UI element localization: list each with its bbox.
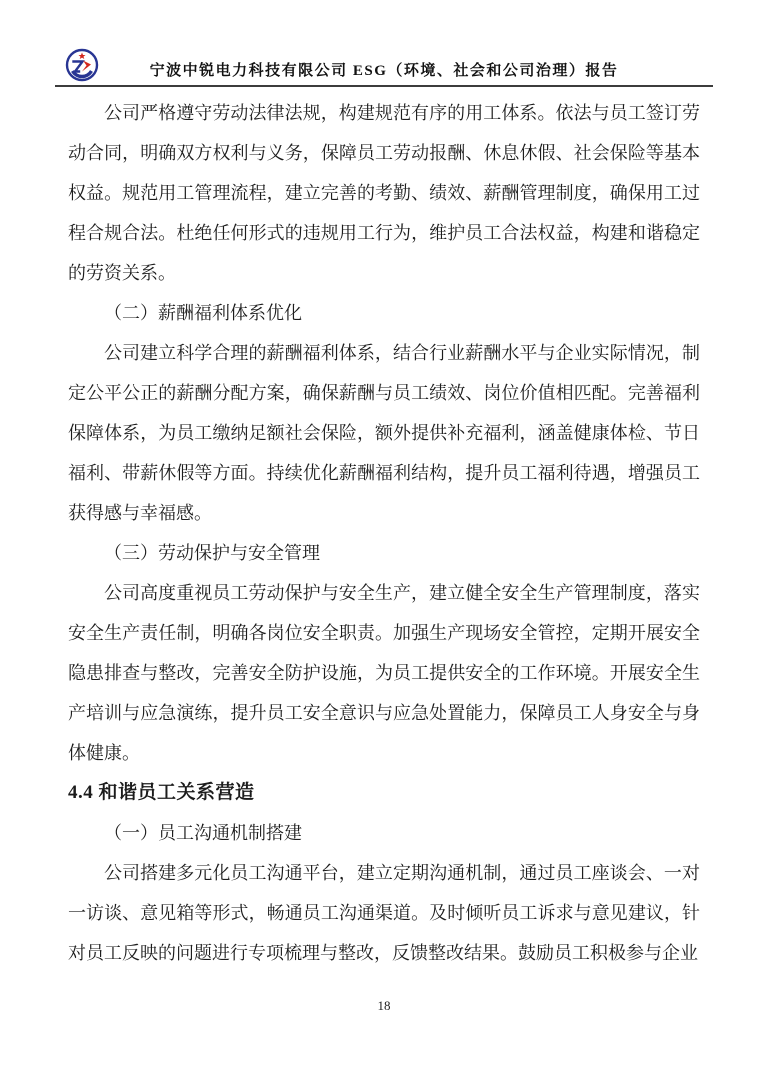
document-page: 宁波中锐电力科技有限公司 ESG（环境、社会和公司治理）报告 公司严格遵守劳动法…	[0, 0, 768, 1086]
page-footer: 18	[0, 998, 768, 1014]
paragraph-compensation-welfare: 公司建立科学合理的薪酬福利体系，结合行业薪酬水平与企业实际情况，制定公平公正的薪…	[68, 333, 700, 533]
paragraph-labor-compliance: 公司严格遵守劳动法律法规，构建规范有序的用工体系。依法与员工签订劳动合同，明确双…	[68, 93, 700, 293]
page-number: 18	[378, 998, 391, 1013]
document-body: 公司严格遵守劳动法律法规，构建规范有序的用工体系。依法与员工签订劳动合同，明确双…	[68, 93, 700, 973]
page-header: 宁波中锐电力科技有限公司 ESG（环境、社会和公司治理）报告	[55, 0, 713, 87]
paragraph-labor-protection-safety: 公司高度重视员工劳动保护与安全生产，建立健全安全生产管理制度，落实安全生产责任制…	[68, 573, 700, 773]
subheading-labor-protection-safety: （三）劳动保护与安全管理	[68, 533, 700, 573]
subheading-compensation-welfare: （二）薪酬福利体系优化	[68, 293, 700, 333]
section-heading-4-4-employee-relations: 4.4 和谐员工关系营造	[68, 773, 700, 813]
subheading-communication-mechanism: （一）员工沟通机制搭建	[68, 813, 700, 853]
header-divider	[55, 85, 713, 87]
header-title: 宁波中锐电力科技有限公司 ESG（环境、社会和公司治理）报告	[55, 59, 713, 80]
paragraph-communication-mechanism: 公司搭建多元化员工沟通平台，建立定期沟通机制，通过员工座谈会、一对一访谈、意见箱…	[68, 853, 700, 973]
